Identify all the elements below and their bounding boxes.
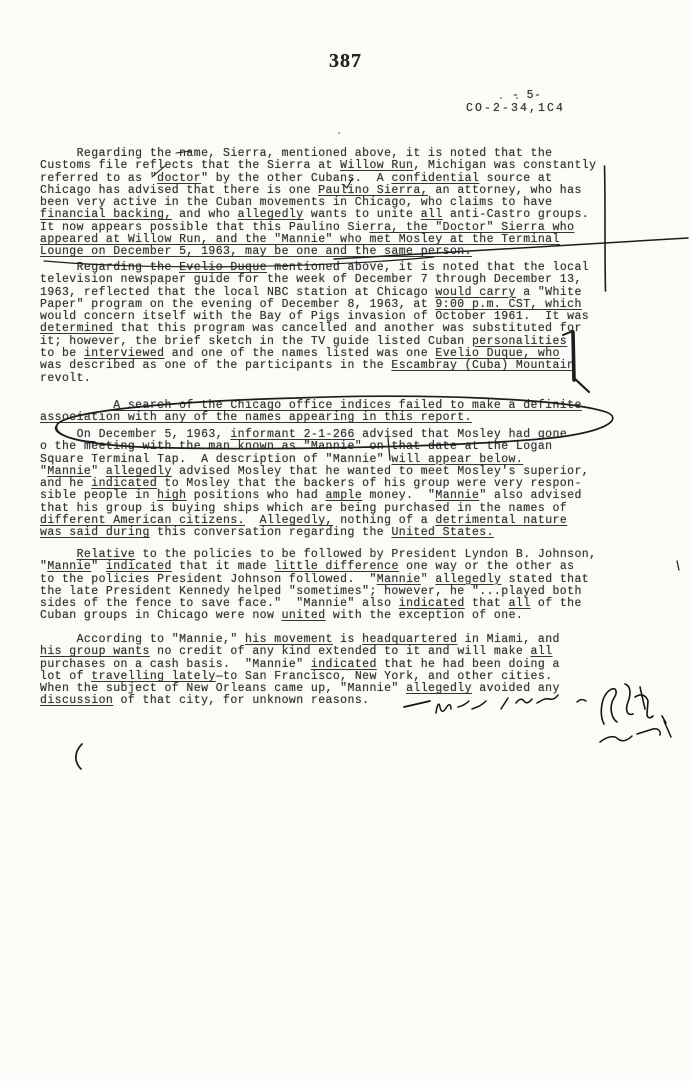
typed-text: and one of the names listed was one [164,347,435,360]
typed-text: " [421,573,436,586]
typed-text: Square Terminal Tap. A description of "M… [40,453,391,466]
header-file-number: CO-2-34,1C4 [466,103,565,115]
typed-text: television newspaper guide for the week … [40,273,582,286]
underlined-text: A search of the Chicago office indices f… [113,399,582,412]
underlined-text: Mannie [47,465,91,478]
underlined-text: indicated [311,658,377,671]
typed-text: one way or the other as [399,560,575,573]
underlined-text: rra, the "Doctor" Sierra who [369,221,574,234]
typed-text: the late President Kennedy helped "somet… [40,585,582,598]
typed-text: it; however, the brief sketch in the TV … [40,335,472,348]
paragraph-indices-search: A search of the Chicago office indices f… [40,400,582,425]
underlined-text: Willow Run [340,159,413,172]
typed-text: to Mosley that the backers of his group … [157,477,582,490]
typed-text: that [465,597,509,610]
document-line: revolt. [40,373,589,385]
typed-text: money. " [362,489,435,502]
typed-text: " also advised [479,489,582,502]
tick-mark [677,561,679,570]
underlined-text: will appear below. [391,453,523,466]
typed-text: Paper" program on the evening of Decembe… [40,298,435,311]
underlined-text: detrimental nature [435,514,567,527]
typed-text: and he [40,477,91,490]
underlined-text: would carry [435,286,516,299]
underlined-text: Paulino Sierra, [318,184,428,197]
typed-text: When the subject of New Orleans came up,… [40,682,406,695]
paragraph-miami-headquarters: According to "Mannie," his movement is h… [40,634,560,708]
document-line: discussion of that city, for unknown rea… [40,695,560,707]
underlined-text: allegedly [106,465,172,478]
typed-text: mentioned above, it is noted that the lo… [267,261,589,274]
underlined-text: informant 2-1-266 [230,428,354,441]
underlined-text: little difference [274,560,398,573]
typed-text: in Miami, and [457,633,560,646]
underlined-text: determined [40,322,113,335]
typed-text: , Michigan was constantly [413,159,596,172]
scan-speck [516,97,518,99]
underlined-text: association with any of the names appear… [40,411,472,424]
typed-text: is [333,633,362,646]
typed-text: to the policies President Johnson follow… [40,573,377,586]
typed-text: that he had been doing a [377,658,560,671]
paragraph-sierra: Regarding the name, Sierra, mentioned ab… [40,148,596,259]
paragraph-informant-meeting: On December 5, 1963, informant 2-1-266 a… [40,429,589,540]
underlined-text: Relative [77,548,136,561]
typed-text: a "White [516,286,582,299]
document-line: association with any of the names appear… [40,412,582,424]
typed-text: positions who had [186,489,325,502]
paragraph-evelio-duque: Regarding the Evelio Duque mentioned abo… [40,262,589,385]
underlined-text: Escambray (Cuba) Mountain [391,359,574,372]
typed-text: and who [172,208,238,221]
underlined-text: appeared at Willow Run, and the "Mannie"… [40,233,560,246]
paragraph-johnson-policies: Relative to the policies to be followed … [40,549,596,623]
typed-text: nothing of a [333,514,436,527]
typed-text: anti-Castro groups. [443,208,589,221]
typed-text: avoided any [472,682,560,695]
underlined-text: all [509,597,531,610]
underlined-text: Mannie [435,489,479,502]
scanned-document-page: 387 - 5- CO-2-34,1C4 Regarding the name,… [0,0,691,1081]
scan-speck [500,97,502,99]
typed-text: " [91,465,106,478]
typed-text: o the meeting with the man known as "Man… [40,440,552,453]
typed-text: Regarding the [40,261,179,274]
underlined-text: Mannie [377,573,421,586]
underlined-text: Evelio Duque [179,261,267,274]
typed-text [40,399,113,412]
typed-text: sides of the fence to save face." "Manni… [40,597,399,610]
document-line: Lounge on December 5, 1963, may be one a… [40,246,596,258]
underlined-text: allegedly [238,208,304,221]
scan-speck [338,132,340,134]
typed-text: referred to as " [40,172,157,185]
right-margin-emphasis-line [605,166,606,291]
underlined-text: confidential [391,172,479,185]
typed-text: that his group is buying ships which are… [40,502,567,515]
typed-text: On December 5, 1963, [40,428,230,441]
typed-text: this conversation regarding the [150,526,392,539]
underlined-text: allegedly [406,682,472,695]
underlined-text: financial backing, [40,208,172,221]
typed-text: advised Mosley that he wanted to meet Mo… [172,465,589,478]
typed-text [245,514,260,527]
underlined-text: indicated [91,477,157,490]
underlined-text: different American citizens. [40,514,245,527]
underlined-text: his movement [245,633,333,646]
underlined-text: high [157,489,186,502]
underlined-text: all [531,645,553,658]
underlined-text: his group wants [40,645,150,658]
open-paren-mark [76,744,82,769]
typed-text: with the exception of one. [326,609,524,622]
underlined-text: allegedly [435,573,501,586]
typed-text: lot of [40,670,91,683]
typed-text: wants to unite [304,208,421,221]
typed-text: no credit of any kind extended to it and… [150,645,531,658]
typed-text [40,548,77,561]
typed-text: revolt. [40,372,91,385]
underlined-text: 9:00 p.m. CST, which [435,298,581,311]
page-number: 387 [0,50,691,73]
document-line: was said during this conversation regard… [40,527,589,539]
underlined-text: personalities [472,335,567,348]
typed-text: Chicago has advised that there is one [40,184,318,197]
underlined-text: united [282,609,326,622]
typed-text: According to "Mannie," [40,633,245,646]
underlined-text: indicated [399,597,465,610]
underlined-text: Lounge on December 5, 1963, may be one a… [40,245,472,258]
typed-text: of that city, for unknown reasons. [113,694,369,707]
typed-text: that it made [172,560,275,573]
underlined-text: was said during [40,526,150,539]
underlined-text: indicated [106,560,172,573]
typed-text: would concern itself with the Bay of Pig… [40,310,589,323]
typed-text: Regarding the name, Sierra, mentioned ab… [40,147,552,160]
underlined-text: Mannie [47,560,91,573]
typed-text: " by the other Cubans. A [201,172,391,185]
typed-text: been very active in the Cuban movements … [40,196,552,209]
underlined-text: interviewed [84,347,165,360]
underlined-text: Evelio Duque, who [435,347,559,360]
underlined-text: United States. [391,526,494,539]
underlined-text: headquartered [362,633,457,646]
underlined-text: doctor [157,172,201,185]
typed-text: 1963, reflected that the local NBC stati… [40,286,435,299]
typed-text: an attorney, who has [428,184,582,197]
typed-text: Customs file reflects that the Sierra at [40,159,340,172]
typed-text: to be [40,347,84,360]
typed-text: Cuban groups in Chicago were now [40,609,282,622]
typed-text: stated that [501,573,589,586]
typed-text: purchases on a cash basis. "Mannie" [40,658,311,671]
typed-text: was described as one of the participants… [40,359,391,372]
typed-text: —to San Francisco, New York, and other c… [216,670,553,683]
typed-text: It now appears possible that this Paulin… [40,221,369,234]
typed-text: advised that Mosley had gone [355,428,567,441]
underlined-text: discussion [40,694,113,707]
typed-text: " [91,560,106,573]
document-line: Cuban groups in Chicago were now united … [40,610,596,622]
underlined-text: all [421,208,443,221]
typed-text: sible people in [40,489,157,502]
typed-text: to the policies to be followed by Presid… [135,548,596,561]
underlined-text: ample [326,489,363,502]
document-line: was described as one of the participants… [40,360,589,372]
typed-text: of the [531,597,582,610]
underlined-text: travelling lately [91,670,215,683]
underlined-text: Allegedly, [260,514,333,527]
typed-text: that this program was cancelled and anot… [113,322,582,335]
typed-text: source at [479,172,552,185]
